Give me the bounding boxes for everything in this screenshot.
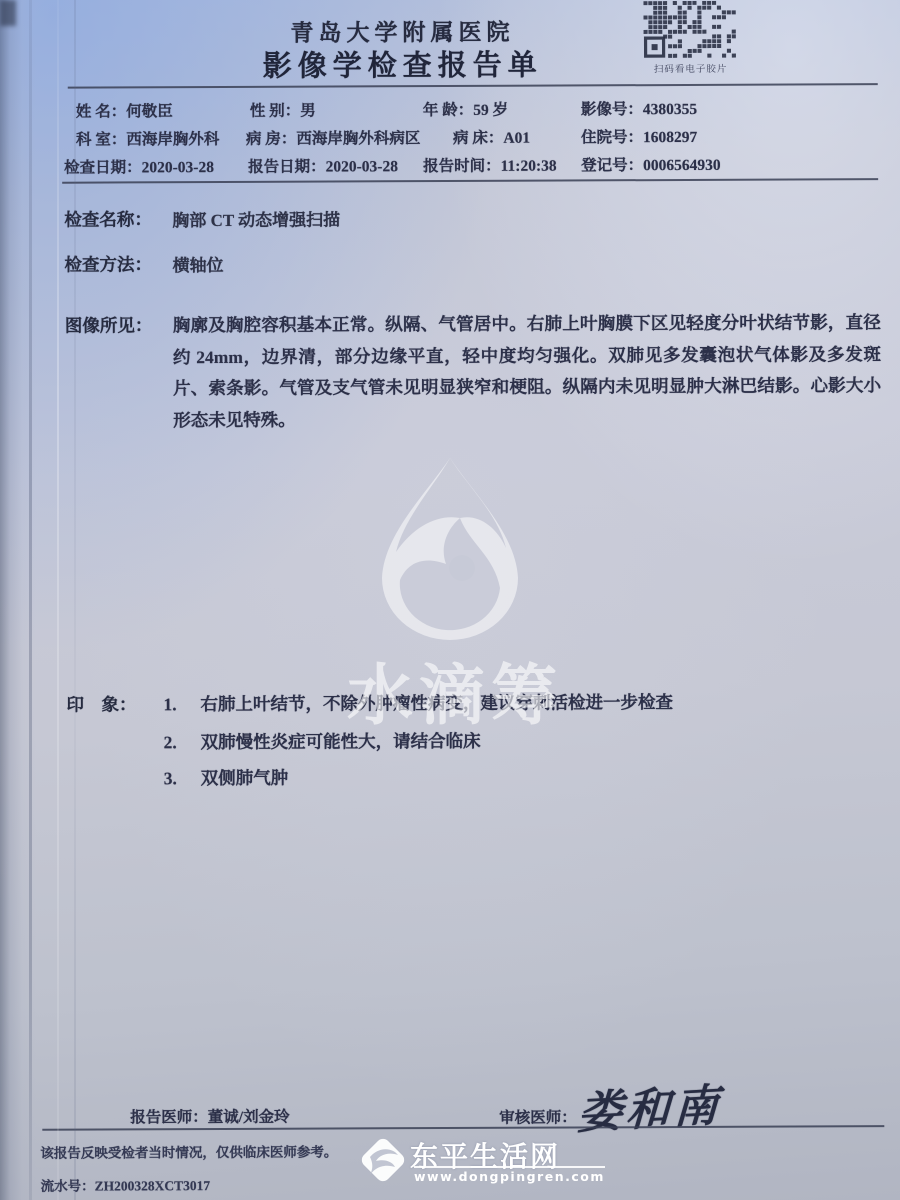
- patient-info-row-3: 检查日期：2020-03-28 报告日期：2020-03-28 报告时间：11:…: [0, 152, 898, 180]
- site-watermark: 东平生活网 www.dongpingren.com: [358, 1133, 688, 1193]
- photo-left-edge: [0, 0, 36, 1200]
- impression-item-3: 3.双侧肺气肿: [164, 765, 289, 791]
- exam-name-value: 胸部 CT 动态增强扫描: [172, 205, 340, 231]
- field-age: 年 龄：59 岁: [423, 98, 508, 120]
- field-department: 科 室：西海岸胸外科: [76, 127, 220, 150]
- field-report-date: 报告日期：2020-03-28: [248, 154, 398, 177]
- waterdrop-watermark-icon: [374, 456, 526, 642]
- findings-paragraph: 胸廓及胸腔容积基本正常。纵隔、气管居中。右肺上叶胸膜下区见轻度分叶状结节影，直径…: [173, 307, 882, 436]
- review-doctor-signature: 娄和南: [577, 1069, 724, 1141]
- waterdrop-watermark-text: 水滴筹: [330, 642, 580, 737]
- qr-code-icon: [643, 1, 737, 59]
- field-image-no: 影像号：4380355: [581, 97, 697, 120]
- field-admission-no: 住院号：1608297: [581, 125, 697, 148]
- field-name: 姓 名：何敬臣: [76, 99, 173, 121]
- review-doctor-label: 审核医师：: [499, 1105, 577, 1127]
- field-register-no: 登记号：0006564930: [581, 153, 721, 176]
- impression-label: 印 象：: [66, 691, 136, 716]
- disclaimer: 该报告反映受检者当时情况，仅供临床医师参考。: [40, 1140, 337, 1161]
- site-logo-icon: [358, 1135, 408, 1185]
- field-bed: 病 床：A01: [453, 126, 530, 148]
- findings-label: 图像所见：: [65, 312, 153, 337]
- field-exam-date: 检查日期：2020-03-28: [64, 155, 214, 178]
- exam-name-label: 检查名称：: [64, 206, 152, 231]
- exam-method-label: 检查方法：: [64, 251, 152, 276]
- photo-corner-shadow: [0, 0, 16, 26]
- report-doctor: 报告医师：董诚/刘金玲: [130, 1105, 289, 1128]
- photo-of-report: 青岛大学附属医院 影像学检查报告单 扫码看电子胶片 姓 名：何敬臣 性 别：男 …: [0, 0, 900, 1200]
- field-ward: 病 房：西海岸胸外科病区: [246, 126, 421, 149]
- patient-info-row-2: 科 室：西海岸胸外科 病 房：西海岸胸外科病区 病 床：A01 住院号：1608…: [0, 124, 898, 152]
- field-sex: 性 别：男: [250, 99, 316, 121]
- exam-method-value: 横轴位: [172, 251, 223, 276]
- site-url: www.dongpingren.com: [414, 1166, 605, 1184]
- patient-info-row-1: 姓 名：何敬臣 性 别：男 年 龄：59 岁 影像号：4380355: [0, 96, 898, 124]
- field-report-time: 报告时间：11:20:38: [423, 154, 557, 177]
- serial-number: 流水号：ZH200328XCT3017: [41, 1174, 211, 1195]
- qr-caption: 扫码看电子胶片: [638, 61, 744, 75]
